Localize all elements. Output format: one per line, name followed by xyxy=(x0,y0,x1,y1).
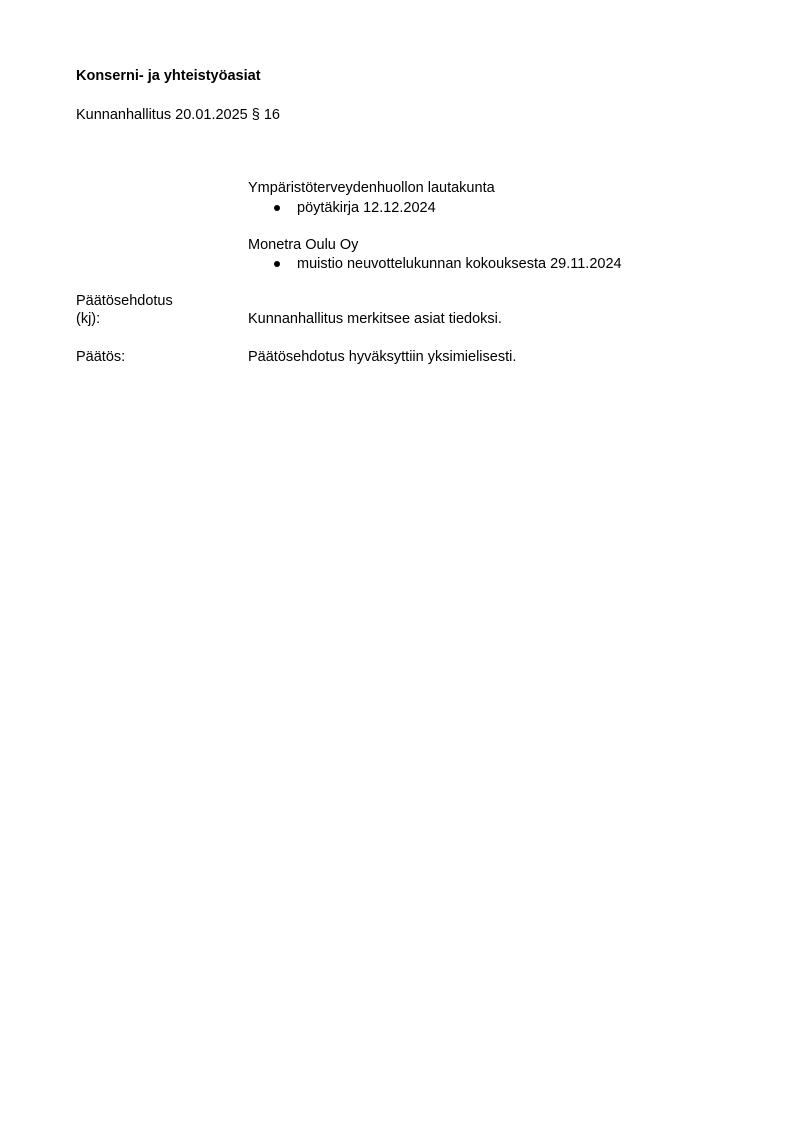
proposal-label: Päätösehdotus xyxy=(76,292,173,310)
list-item: muistio neuvottelukunnan kokouksesta 29.… xyxy=(274,255,694,273)
proposal-label-kj: (kj): xyxy=(76,310,100,328)
bullet-dot-icon xyxy=(274,261,280,267)
item-heading-monetra: Monetra Oulu Oy xyxy=(248,236,358,254)
bullet-dot-icon xyxy=(274,205,280,211)
list-item-text: pöytäkirja 12.12.2024 xyxy=(297,199,436,217)
decision-text: Päätösehdotus hyväksyttiin yksimielisest… xyxy=(248,348,516,366)
decision-label: Päätös: xyxy=(76,348,125,366)
list-item-text: muistio neuvottelukunnan kokouksesta 29.… xyxy=(297,255,622,273)
meeting-reference: Kunnanhallitus 20.01.2025 § 16 xyxy=(76,106,280,124)
list-item: pöytäkirja 12.12.2024 xyxy=(274,199,574,217)
proposal-text: Kunnanhallitus merkitsee asiat tiedoksi. xyxy=(248,310,502,328)
item-heading-ymparistoterveydenhuolto: Ympäristöterveydenhuollon lautakunta xyxy=(248,179,495,197)
section-title: Konserni- ja yhteistyöasiat xyxy=(76,67,261,85)
